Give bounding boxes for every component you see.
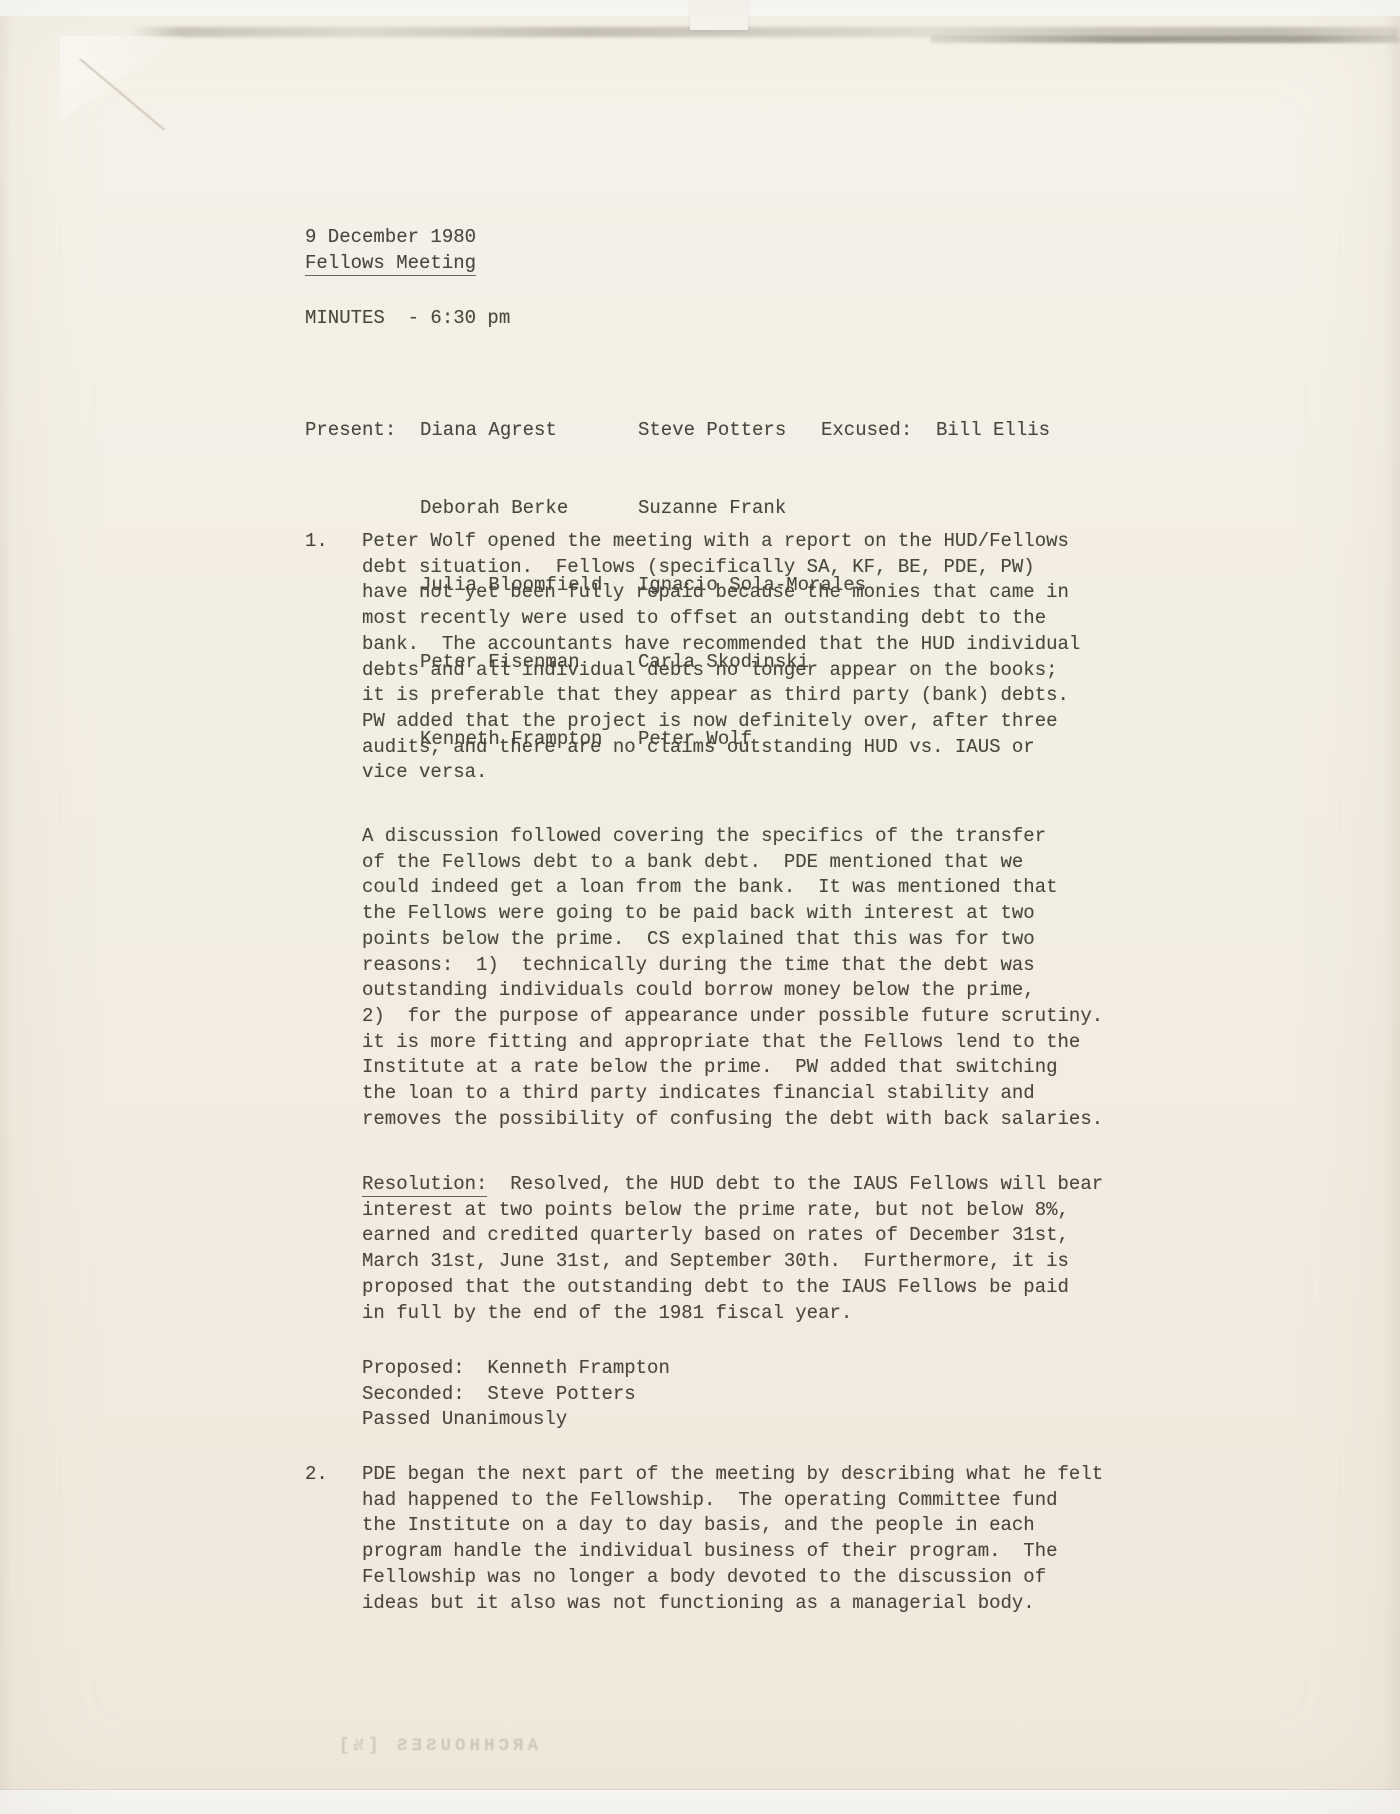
resolution-label: Resolution: xyxy=(362,1173,487,1197)
attendee-name: Steve Potters xyxy=(638,418,786,444)
excused-label: Excused: xyxy=(821,418,912,444)
attendee-name: Deborah Berke xyxy=(420,496,568,522)
item-1-number: 1. xyxy=(305,529,328,555)
scanned-document-page: 9 December 1980 Fellows Meeting MINUTES … xyxy=(0,0,1400,1814)
resolution-first-line-text: Resolved, the HUD debt to the IAUS Fello… xyxy=(487,1173,1103,1195)
folded-corner xyxy=(60,36,185,121)
scan-left-shadow xyxy=(0,14,12,1790)
attendees-row: Deborah Berke Suzanne Frank xyxy=(305,496,1105,522)
resolution-paragraph: interest at two points below the prime r… xyxy=(362,1198,1069,1327)
doc-title: Fellows Meeting xyxy=(305,251,476,277)
discussion-paragraph: A discussion followed covering the speci… xyxy=(362,824,1103,1132)
excused-name: Bill Ellis xyxy=(936,418,1050,444)
item-2-number: 2. xyxy=(305,1462,328,1488)
item-1-paragraph: Peter Wolf opened the meeting with a rep… xyxy=(362,529,1080,786)
date-line: 9 December 1980 xyxy=(305,225,476,251)
item-2-paragraph: PDE began the next part of the meeting b… xyxy=(362,1462,1103,1616)
paper-tab-behind xyxy=(690,0,748,30)
scan-bottom-edge xyxy=(0,1789,1400,1814)
attendees-row: Present: Diana Agrest Steve Potters Excu… xyxy=(305,418,1105,444)
present-label: Present: xyxy=(305,418,396,444)
bleed-through-stamp: ARCHHOUSES [½] xyxy=(238,1736,538,1764)
attendee-name: Suzanne Frank xyxy=(638,496,786,522)
scan-right-shadow xyxy=(1384,14,1400,1790)
votes-block: Proposed: Kenneth Frampton Seconded: Ste… xyxy=(362,1356,670,1433)
resolution-first-line: Resolution: Resolved, the HUD debt to th… xyxy=(362,1172,1103,1198)
scan-smudge-dark-streak xyxy=(930,36,1400,43)
minutes-line: MINUTES - 6:30 pm xyxy=(305,306,510,332)
doc-title-text: Fellows Meeting xyxy=(305,252,476,276)
attendee-name: Diana Agrest xyxy=(420,418,557,444)
